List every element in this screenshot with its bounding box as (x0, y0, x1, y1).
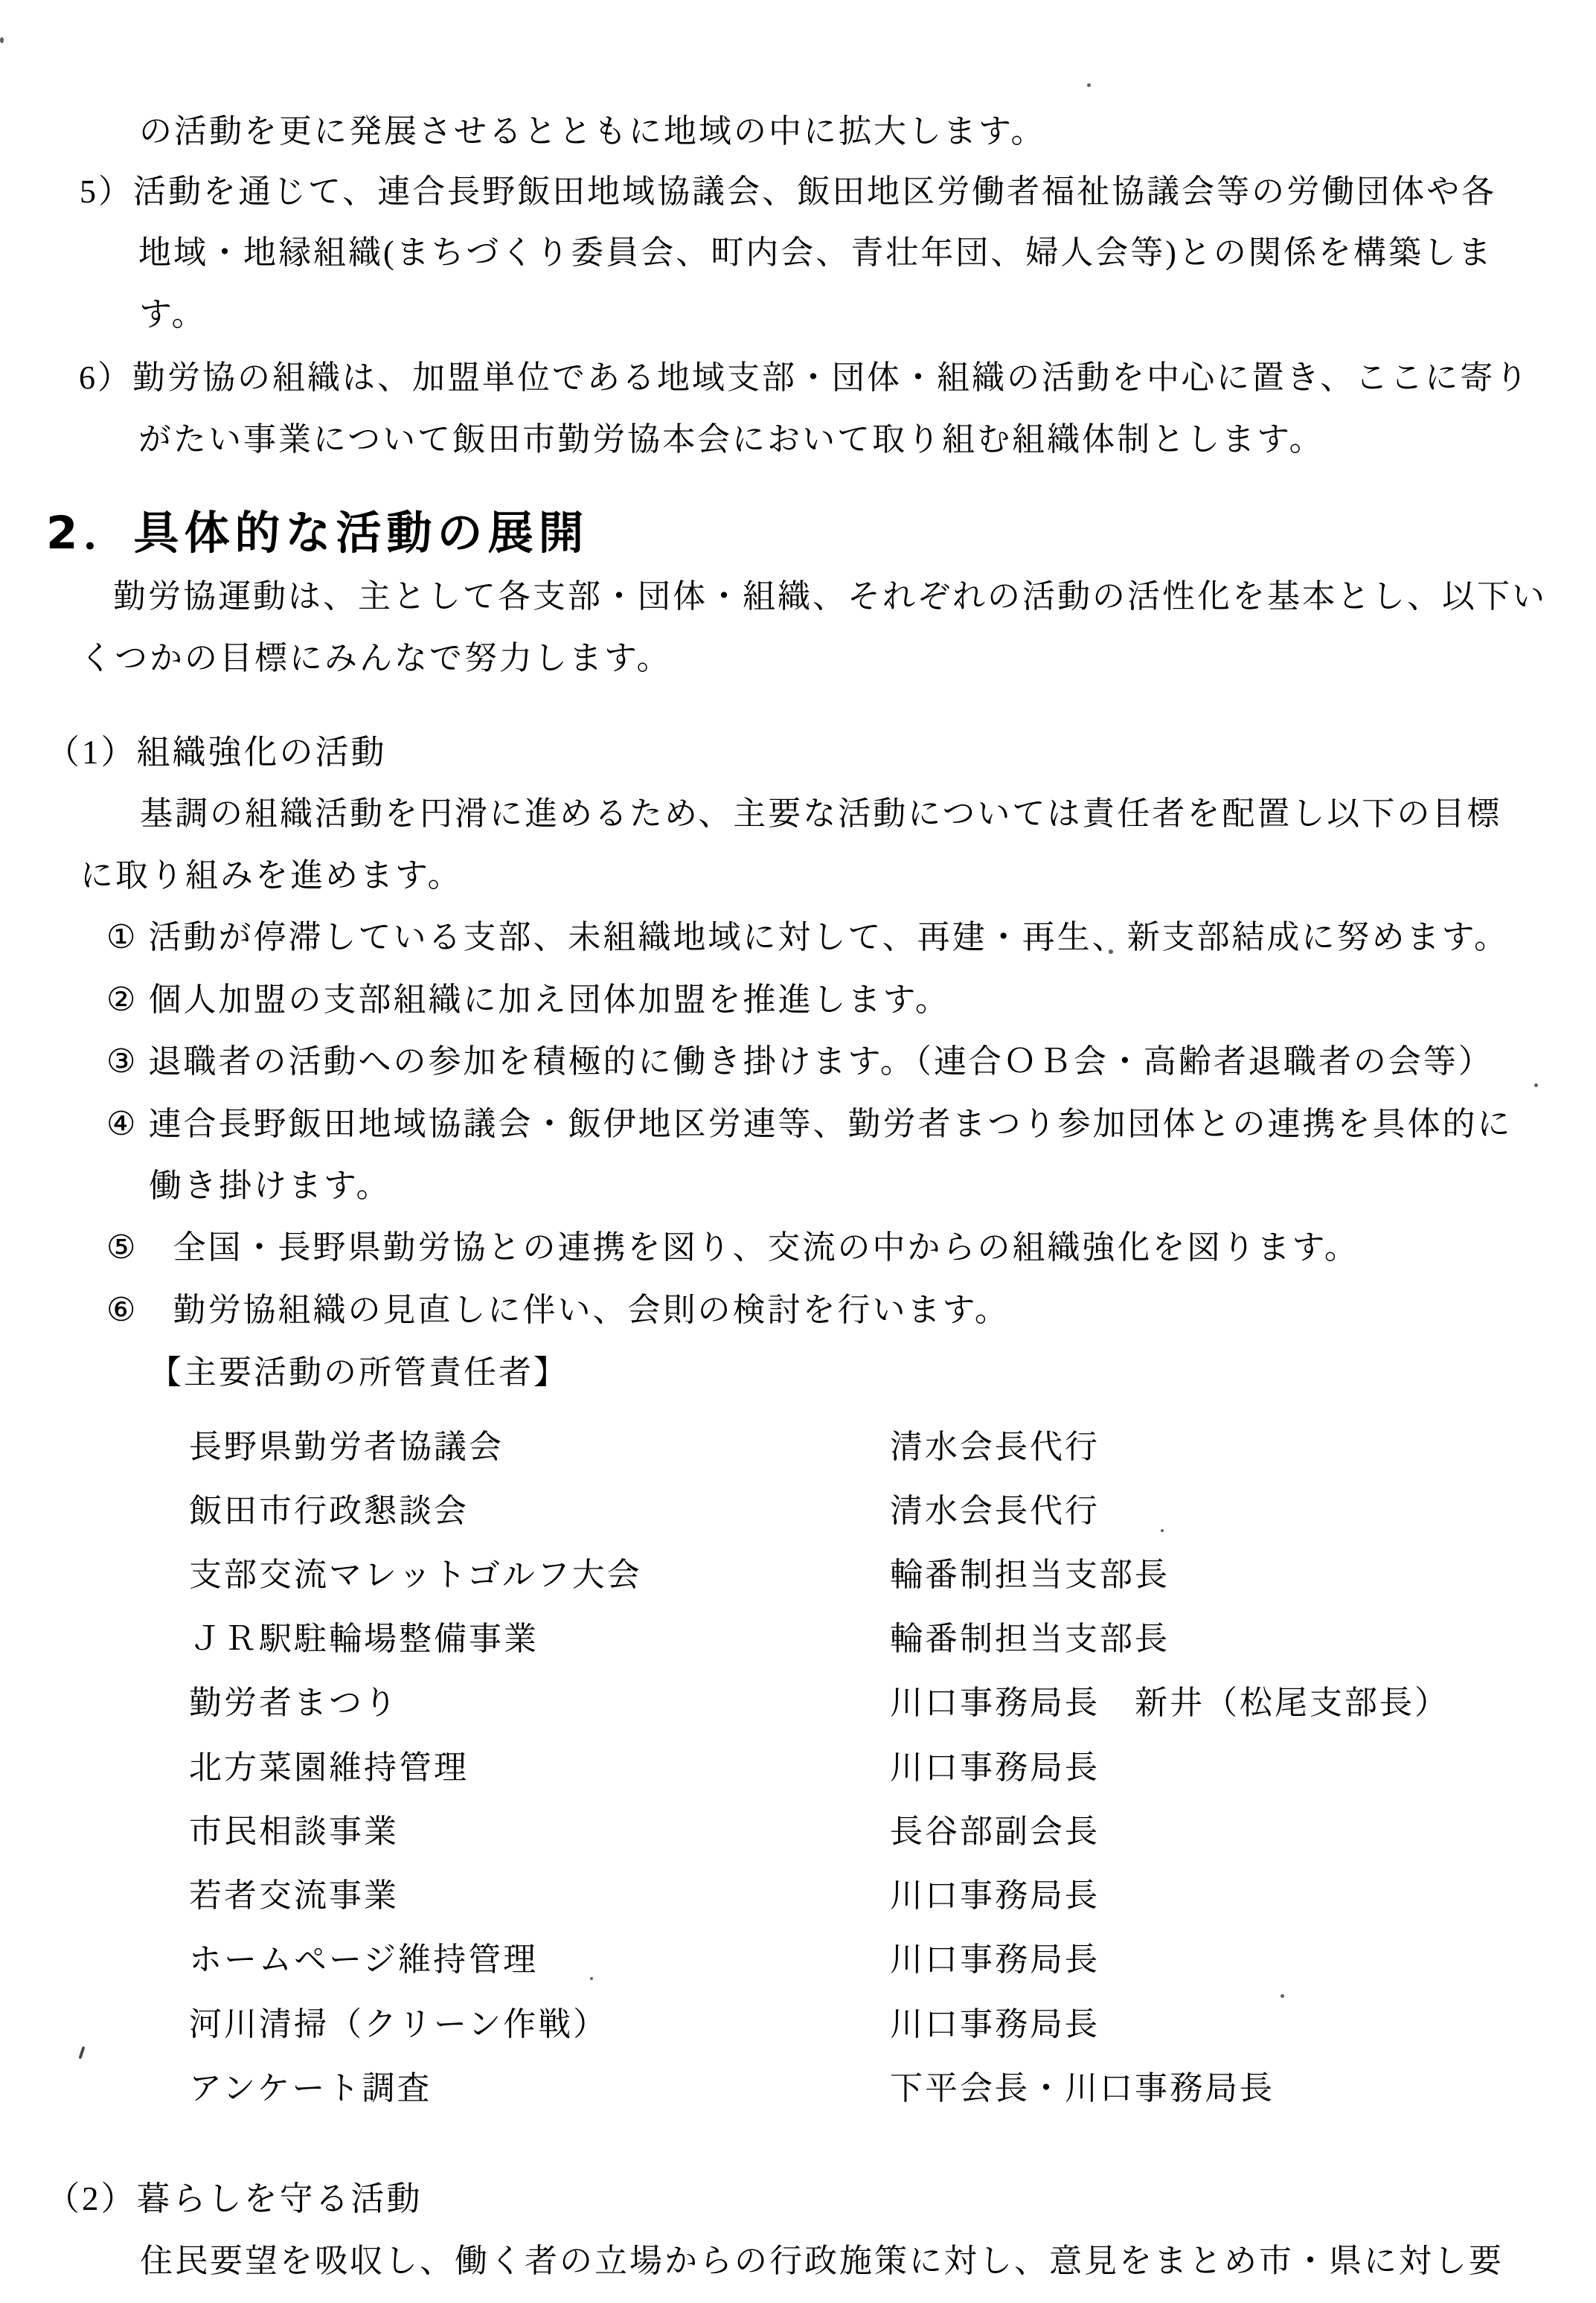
manager-person: 川口事務局長 (890, 1740, 1100, 1788)
scan-speck (1534, 1083, 1538, 1087)
manager-row: 市民相談事業 長谷部副会長 (0, 1804, 1596, 1849)
manager-activity: ホームページ維持管理 (189, 1932, 538, 1980)
manager-row: 北方菜園維持管理 川口事務局長 (0, 1740, 1596, 1785)
manager-activity: 支部交流マレットゴルフ大会 (189, 1548, 642, 1595)
manager-person: 川口事務局長 (890, 1932, 1100, 1980)
document-page: の活動を更に発展させるとともに地域の中に拡大します。 5）活動を通じて、連合長野… (0, 0, 1596, 2303)
manager-row: 長野県勤労者協議会 清水会長代行 (0, 1420, 1596, 1464)
doc-line-bullet-6: ⑥ 勤労協組織の見直しに伴い、会則の検討を行います。 (106, 1292, 1010, 1330)
manager-activity: ＪＲ駅駐輪場整備事業 (189, 1612, 539, 1659)
managers-title: 【主要活動の所管責任者】 (149, 1354, 568, 1392)
manager-person: 川口事務局長 (890, 1997, 1100, 2045)
manager-activity: 飯田市行政懇談会 (189, 1484, 469, 1531)
scan-speck (590, 1977, 593, 1980)
manager-row: アンケート調査 下平会長・川口事務局長 (0, 2061, 1596, 2106)
doc-line-item-5: 5）活動を通じて、連合長野飯田地域協議会、飯田地区労働者福祉協議会等の労働団体や… (80, 173, 1496, 211)
scan-speck (1087, 83, 1091, 87)
doc-line: 働き掛けます。 (149, 1167, 391, 1205)
doc-line-bullet-5: ⑤ 全国・長野県勤労協との連携を図り、交流の中からの組織強化を図ります。 (106, 1229, 1359, 1267)
manager-activity: 河川清掃（クリーン作戦） (189, 1997, 608, 2045)
manager-person: 輪番制担当支部長 (890, 1548, 1170, 1595)
subsection-2-heading: （2）暮らしを守る活動 (46, 2180, 423, 2219)
doc-line: 地域・地縁組織(まちづくり委員会、町内会、青壮年団、婦人会等)との関係を構築しま (138, 234, 1493, 272)
scan-speck (1161, 1529, 1164, 1532)
manager-activity: アンケート調査 (189, 2061, 432, 2109)
doc-line: す。 (139, 296, 206, 334)
subsection-1-heading: （1）組織強化の活動 (46, 734, 387, 772)
manager-row: 飯田市行政懇談会 清水会長代行 (0, 1484, 1596, 1528)
manager-person: 清水会長代行 (890, 1484, 1100, 1531)
manager-person: 川口事務局長 新井（松尾支部長） (890, 1676, 1449, 1723)
doc-line-bullet-4: ④ 連合長野飯田地域協議会・飯伊地区労連等、勤労者まつり参加団体との連携を具体的… (106, 1106, 1512, 1144)
manager-row: ホームページ維持管理 川口事務局長 (0, 1932, 1596, 1977)
doc-line: 基調の組織活動を円滑に進めるため、主要な活動については責任者を配置し以下の目標 (140, 795, 1502, 833)
doc-line-bullet-1: ① 活動が停滞している支部、未組織地域に対して、再建・再生、新支部結成に努めます… (106, 919, 1509, 957)
doc-line: くつかの目標にみんなで努力します。 (80, 640, 671, 678)
scan-mark (78, 2046, 85, 2059)
doc-line: 勤労協運動は、主として各支部・団体・組織、それぞれの活動の活性化を基本とし、以下… (113, 578, 1547, 616)
manager-row: 勤労者まつり 川口事務局長 新井（松尾支部長） (0, 1676, 1596, 1720)
manager-activity: 勤労者まつり (189, 1676, 399, 1723)
manager-activity: 長野県勤労者協議会 (189, 1420, 504, 1467)
manager-person: 長谷部副会長 (890, 1804, 1100, 1852)
manager-person: 輪番制担当支部長 (890, 1612, 1170, 1659)
scan-speck (0, 37, 4, 43)
doc-line: がたい事業について飯田市勤労協本会において取り組む組織体制とします。 (138, 421, 1324, 459)
manager-activity: 北方菜園維持管理 (189, 1740, 469, 1788)
manager-row: 支部交流マレットゴルフ大会 輪番制担当支部長 (0, 1548, 1596, 1592)
manager-row: 若者交流事業 川口事務局長 (0, 1868, 1596, 1913)
doc-line-bullet-3: ③ 退職者の活動への参加を積極的に働き掛けます。（連合ＯＢ会・高齢者退職者の会等… (106, 1043, 1493, 1081)
doc-line: 住民要望を吸収し、働く者の立場からの行政施策に対し、意見をまとめ市・県に対し要 (140, 2243, 1504, 2281)
doc-line-bullet-2: ② 個人加盟の支部組織に加え団体加盟を推進します。 (106, 981, 950, 1019)
manager-person: 清水会長代行 (890, 1420, 1100, 1467)
manager-row: 河川清掃（クリーン作戦） 川口事務局長 (0, 1997, 1596, 2042)
scan-speck (1281, 1994, 1284, 1998)
manager-row: ＪＲ駅駐輪場整備事業 輪番制担当支部長 (0, 1612, 1596, 1656)
doc-line: の活動を更に発展させるとともに地域の中に拡大します。 (139, 113, 1045, 151)
doc-line-item-6: 6）勤労協の組織は、加盟単位である地域支部・団体・組織の活動を中心に置き、ここに… (79, 359, 1530, 397)
manager-activity: 若者交流事業 (189, 1868, 399, 1916)
section-2-heading: 2．具体的な活動の展開 (46, 507, 589, 560)
manager-person: 下平会長・川口事務局長 (890, 2061, 1275, 2109)
manager-person: 川口事務局長 (890, 1868, 1100, 1916)
scan-speck (1109, 949, 1113, 954)
manager-activity: 市民相談事業 (189, 1804, 399, 1852)
doc-line: に取り組みを進めます。 (80, 857, 462, 895)
